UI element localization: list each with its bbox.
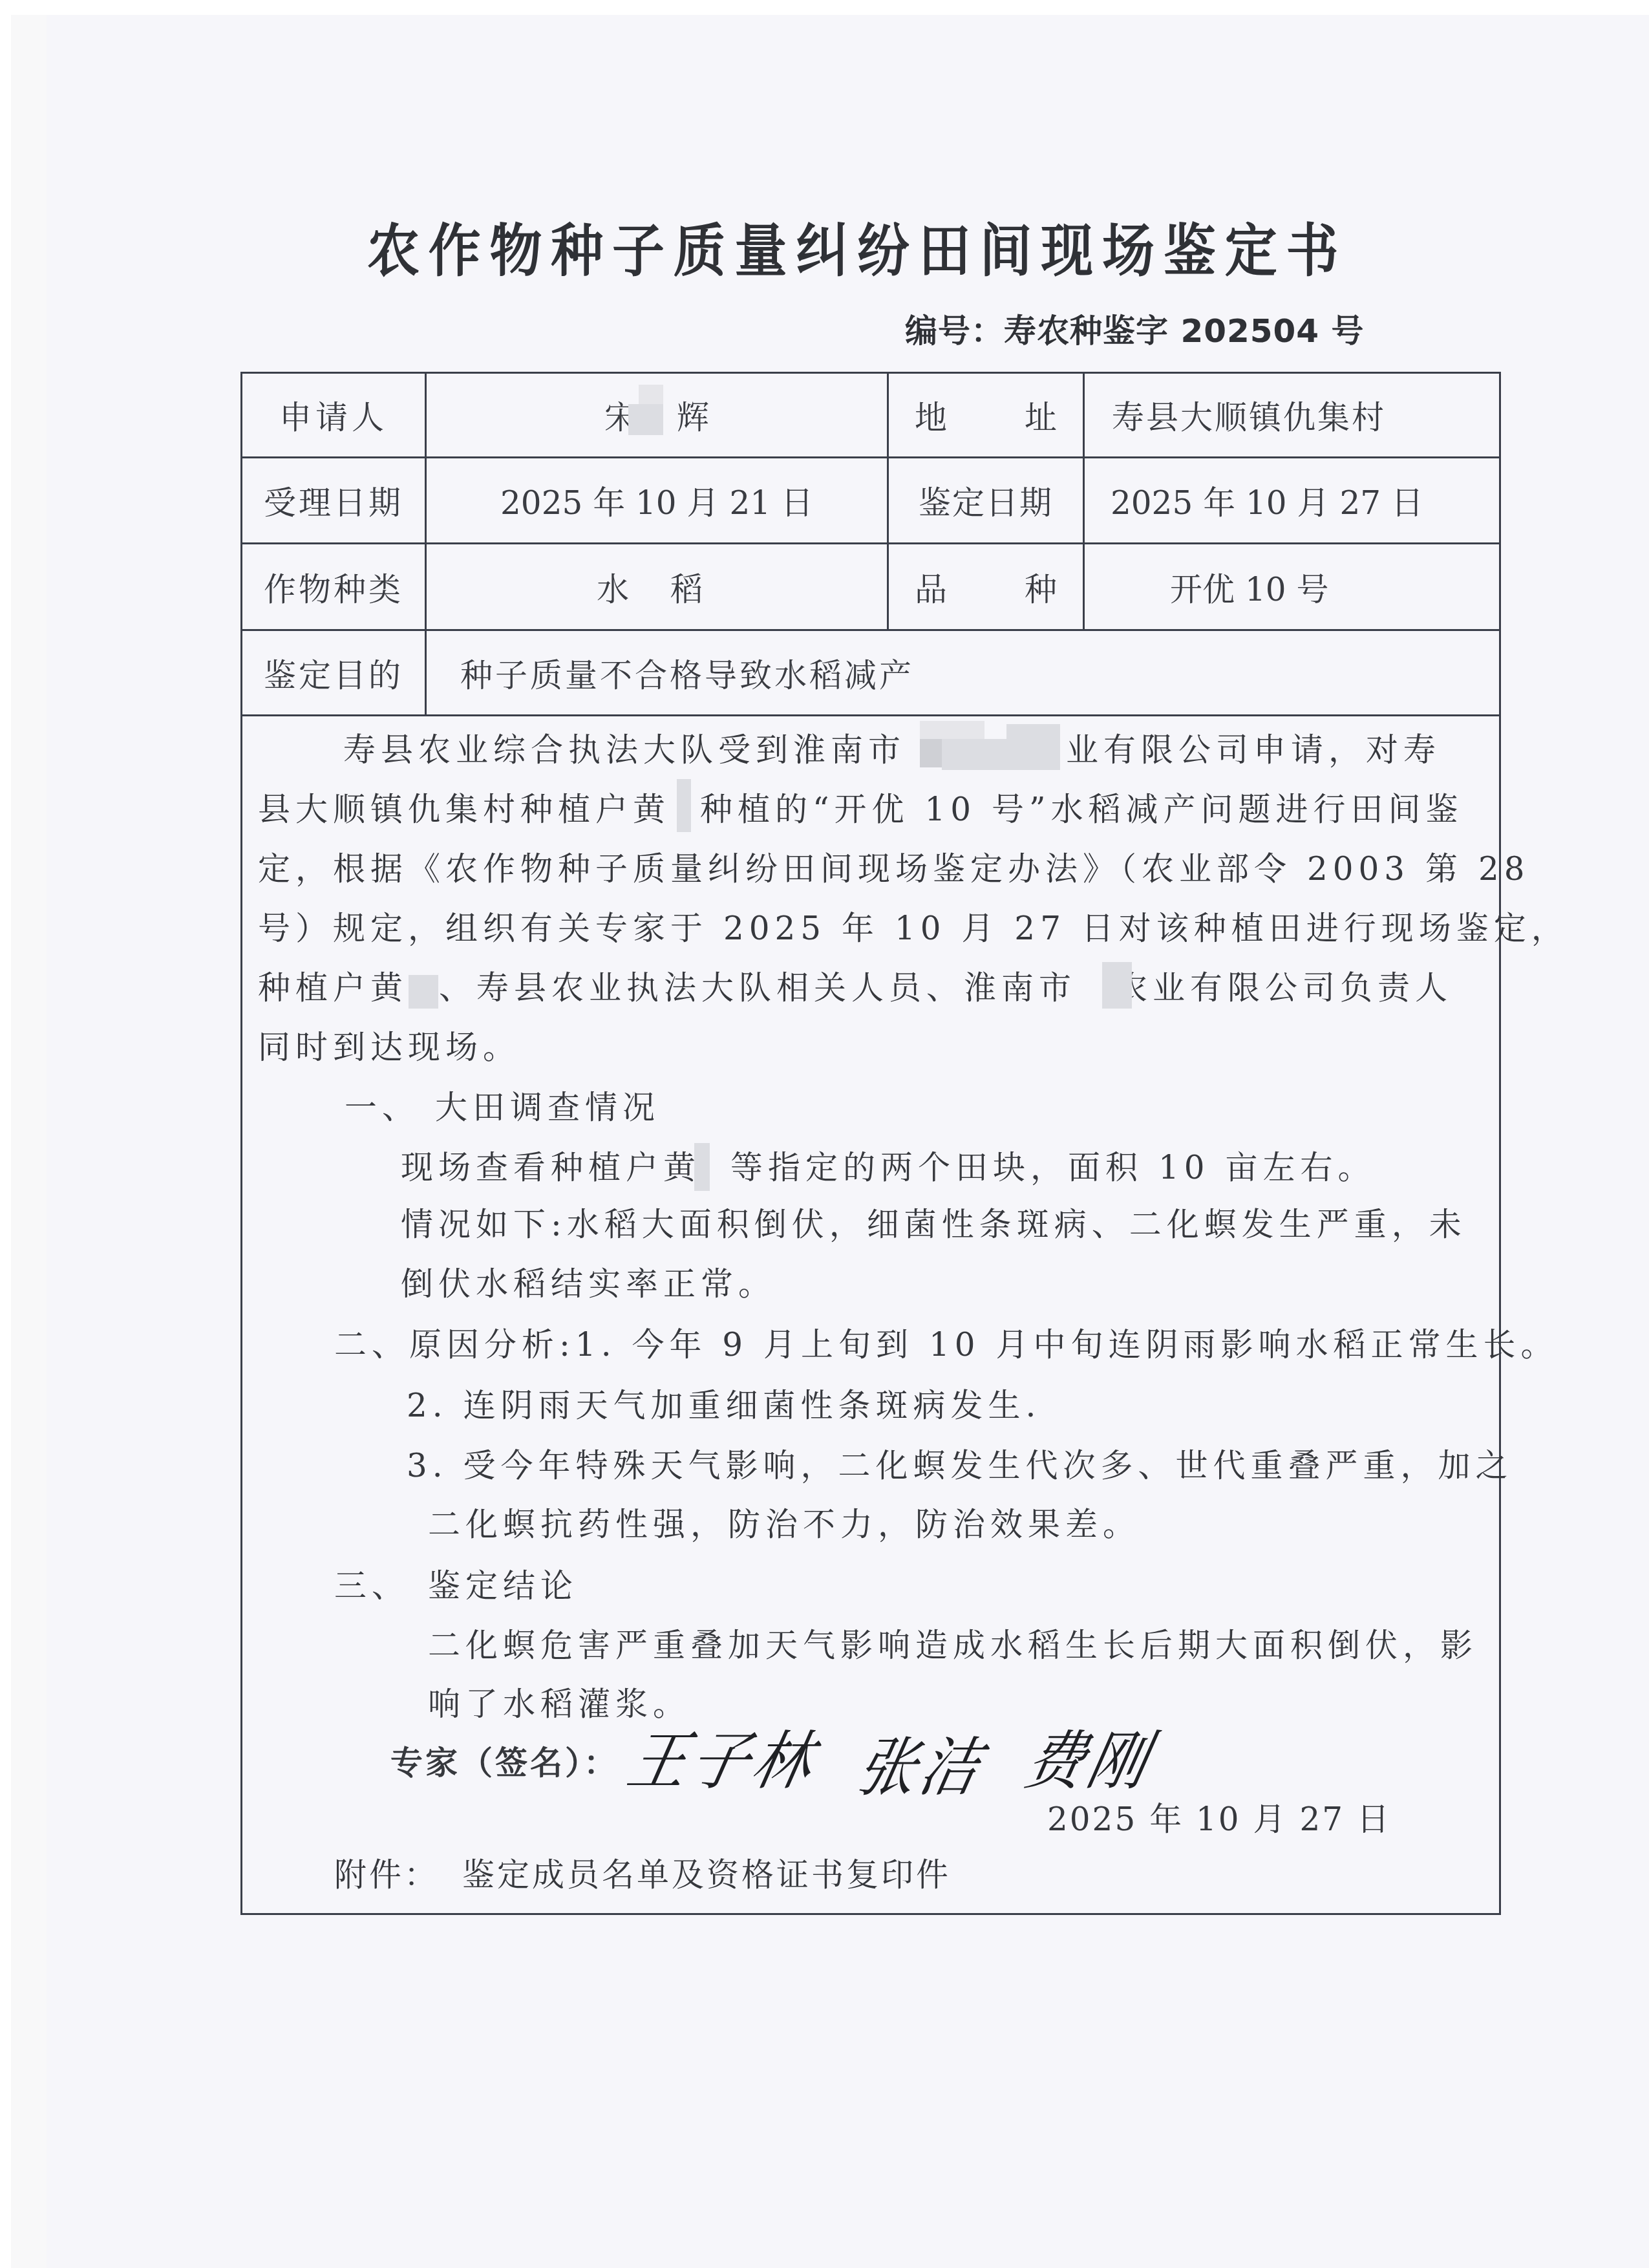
redaction-block: [628, 404, 663, 435]
intro-line-3: 定，根据《农作物种子质量纠纷田间现场鉴定办法》（农业部令 2003 第 28: [258, 850, 1530, 888]
appraisal-date-label: 鉴定日期: [889, 458, 1083, 542]
section2-heading: 二、原因分析:1. 今年 9 月上旬到 10 月中旬连阴雨影响水稻正常生长。: [334, 1325, 1558, 1364]
signature-date: 2025 年 10 月 27 日: [1047, 1800, 1391, 1839]
purpose-value: 种子质量不合格导致水稻减产: [460, 631, 1430, 715]
handwritten-signature-1: 王子林: [621, 1709, 826, 1802]
section3-number: 三、: [334, 1567, 409, 1605]
handwritten-signature-3: 费刚: [1018, 1709, 1162, 1802]
section1-line-2: 情况如下:水稻大面积倒伏，细菌性条斑病、二化螟发生严重，未: [401, 1205, 1467, 1244]
applicant-label: 申请人: [242, 374, 425, 456]
section3-line-1: 二化螟危害严重叠加天气影响造成水稻生长后期大面积倒伏，影: [428, 1626, 1478, 1665]
redaction-block: [920, 721, 984, 739]
section2-item-3-cont: 二化螟抗药性强，防治不力，防治效果差。: [428, 1505, 1140, 1544]
appraisal-date-value: 2025 年 10 月 27 日: [1111, 458, 1498, 542]
table-border-right: [1499, 372, 1501, 1915]
redaction-block: [409, 975, 438, 1009]
redaction-block: [1102, 962, 1132, 1009]
redaction-block: [677, 779, 691, 832]
accept-date-label: 受理日期: [242, 458, 425, 542]
expert-signature-label: 专家（签名）：: [390, 1744, 619, 1782]
accept-date-value: 2025 年 10 月 21 日: [427, 458, 887, 542]
scan-edge-strip: [11, 15, 47, 2268]
table-border-bottom: [240, 1913, 1501, 1915]
section1-line-1: 现场查看种植户黄等指定的两个田块，面积 10 亩左右。: [401, 1148, 1375, 1187]
section1-heading: 一、 大田调查情况: [345, 1088, 660, 1127]
variety-label: 品 种: [889, 544, 1083, 629]
table-col-divider: [1083, 372, 1085, 630]
document-number: 编号：寿农种鉴字 202504 号: [905, 305, 1365, 352]
crop-type-label: 作物种类: [242, 544, 425, 629]
redaction-block: [694, 1143, 710, 1191]
handwritten-signature-2: 张洁: [850, 1716, 994, 1808]
redaction-block: [639, 385, 663, 404]
attachment-label: 附件：: [334, 1856, 439, 1894]
intro-line-2: 县大顺镇仇集村种植户黄种植的“开优 10 号”水稻减产问题进行田间鉴: [258, 790, 1463, 829]
attachment-text: 鉴定成员名单及资格证书复印件: [462, 1856, 951, 1894]
intro-line-4: 号）规定，组织有关专家于 2025 年 10 月 27 日对该种植田进行现场鉴定…: [258, 909, 1569, 948]
purpose-label: 鉴定目的: [242, 631, 425, 715]
section2-item-3: 3. 受今年特殊天气影响，二化螟发生代次多、世代重叠严重，加之: [407, 1446, 1513, 1485]
variety-value: 开优 10 号: [1170, 544, 1493, 629]
redaction-block: [942, 739, 1006, 770]
crop-type-value: 水 稻: [427, 544, 873, 629]
redaction-block: [1006, 724, 1060, 770]
intro-line-1: 寿县农业综合执法大队受到淮南市农业有限公司申请，对寿: [343, 731, 1441, 769]
section1-line-3: 倒伏水稻结实率正常。: [401, 1265, 776, 1303]
section3-heading: 鉴定结论: [428, 1567, 578, 1605]
document-title: 农作物种子质量纠纷田间现场鉴定书: [367, 206, 1347, 287]
redaction-block: [920, 739, 942, 767]
address-label: 地 址: [889, 374, 1083, 456]
section2-item-2: 2. 连阴雨天气加重细菌性条斑病发生.: [407, 1386, 1041, 1425]
address-value: 寿县大顺镇仇集村: [1112, 374, 1500, 456]
intro-line-6: 同时到达现场。: [258, 1028, 520, 1067]
